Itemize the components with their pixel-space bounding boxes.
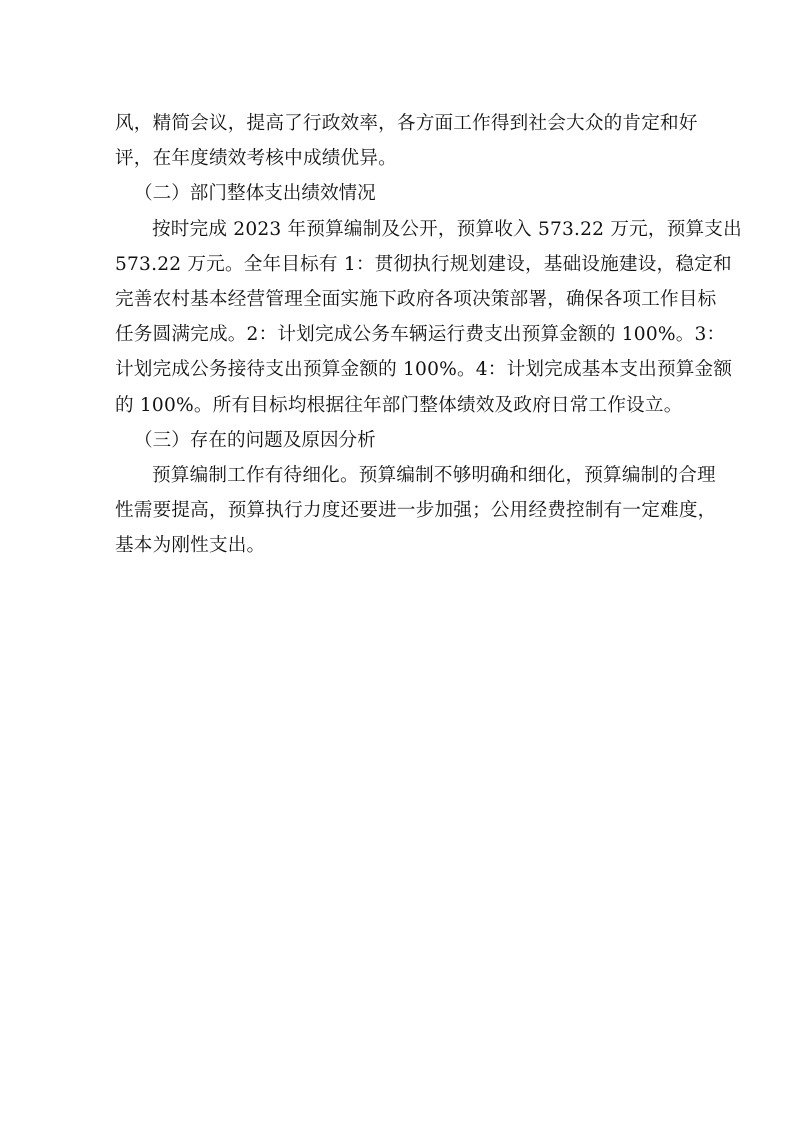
text-line: 完善农村基本经营管理全面实施下政府各项决策部署，确保各项工作目标 (115, 282, 681, 317)
text-line: 性需要提高，预算执行力度还要进一步加强；公用经费控制有一定难度， (115, 493, 681, 528)
paragraph-expenditure-performance: 按时完成 2023 年预算编制及公开，预算收入 573.22 万元，预算支出 5… (115, 212, 681, 423)
text-line: 任务圆满完成。2：计划完成公务车辆运行费支出预算金额的 100%。3： (115, 317, 681, 352)
text-line: 评，在年度绩效考核中成绩优异。 (115, 141, 681, 176)
text-line: 573.22 万元。全年目标有 1：贯彻执行规划建设，基础设施建设，稳定和 (115, 247, 681, 282)
text-line: 按时完成 2023 年预算编制及公开，预算收入 573.22 万元，预算支出 (115, 212, 681, 247)
paragraph-problems-analysis: 预算编制工作有待细化。预算编制不够明确和细化，预算编制的合理 性需要提高，预算执… (115, 458, 681, 564)
text-line: 风，精简会议，提高了行政效率，各方面工作得到社会大众的肯定和好 (115, 106, 681, 141)
text-line: 预算编制工作有待细化。预算编制不够明确和细化，预算编制的合理 (115, 458, 681, 493)
document-page: 风，精简会议，提高了行政效率，各方面工作得到社会大众的肯定和好 评，在年度绩效考… (115, 106, 681, 563)
section-heading-problems: （三）存在的问题及原因分析 (115, 423, 681, 458)
section-heading-overall-expenditure: （二）部门整体支出绩效情况 (115, 176, 681, 211)
text-line: 计划完成公务接待支出预算金额的 100%。4：计划完成基本支出预算金额 (115, 352, 681, 387)
text-line: 基本为刚性支出。 (115, 528, 681, 563)
text-line: 的 100%。所有目标均根据往年部门整体绩效及政府日常工作设立。 (115, 388, 681, 423)
paragraph-work-style: 风，精简会议，提高了行政效率，各方面工作得到社会大众的肯定和好 评，在年度绩效考… (115, 106, 681, 176)
